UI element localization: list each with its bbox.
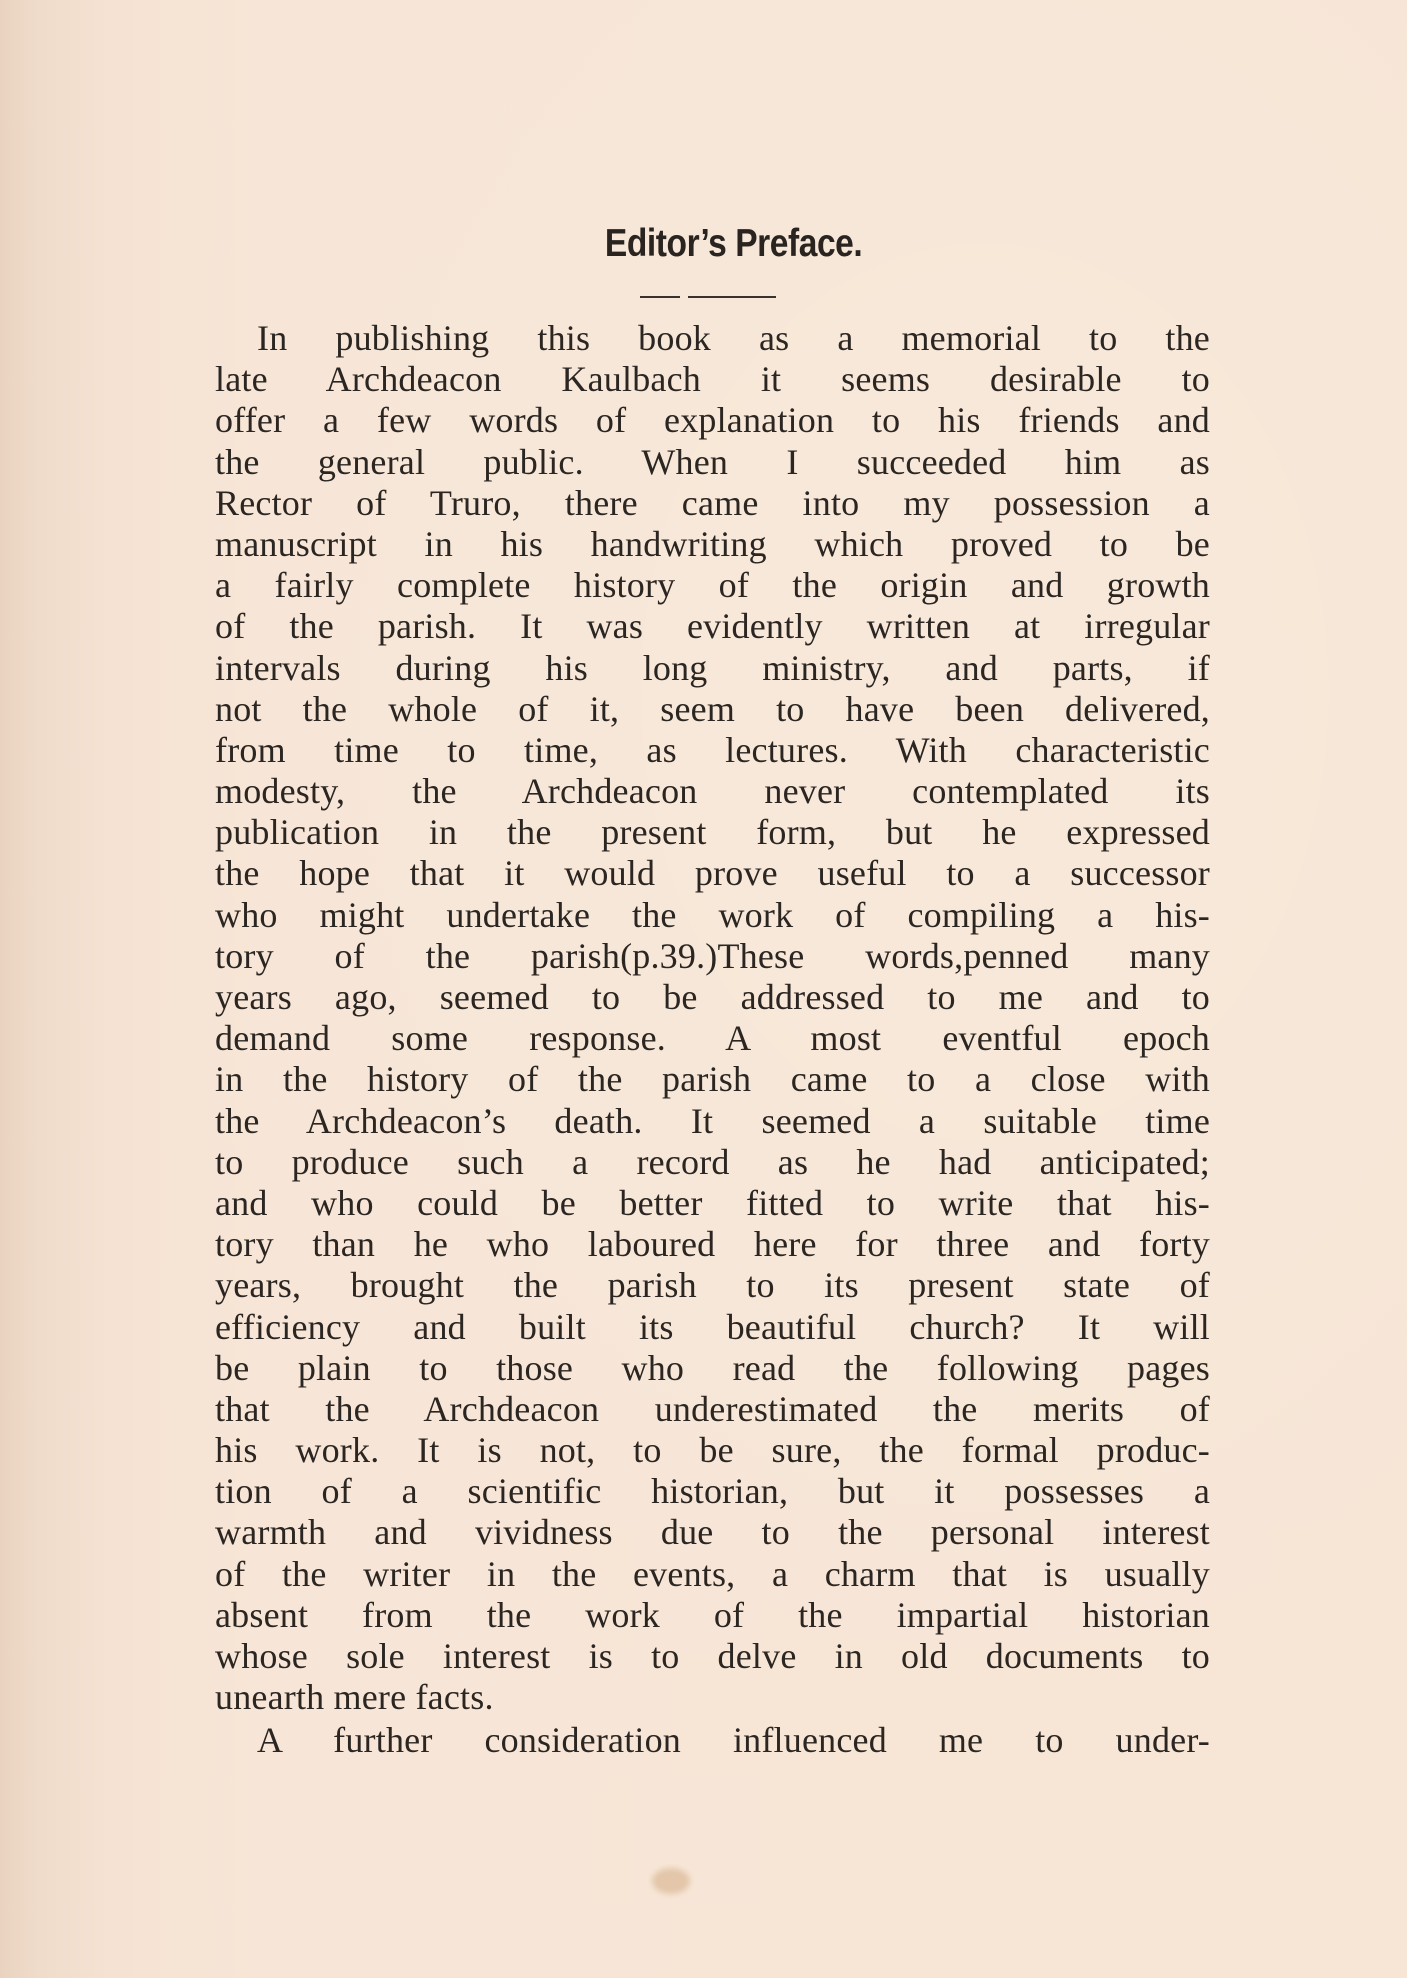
page-title: Editor’s Preface. xyxy=(98,222,1308,266)
text-line: years ago, seemed to be addressed to me … xyxy=(215,977,1210,1018)
book-page: Editor’s Preface. In publishing this boo… xyxy=(0,0,1407,1978)
text-line: demand some response. A most eventful ep… xyxy=(215,1018,1210,1059)
text-line: be plain to those who read the following… xyxy=(215,1348,1210,1389)
paper-stain xyxy=(652,1868,690,1894)
text-line: the hope that it would prove useful to a… xyxy=(215,853,1210,894)
text-line: warmth and vividness due to the personal… xyxy=(215,1512,1210,1553)
text-line: not the whole of it, seem to have been d… xyxy=(215,689,1210,730)
text-line: that the Archdeacon underestimated the m… xyxy=(215,1389,1210,1430)
text-line: who might undertake the work of compilin… xyxy=(215,895,1210,936)
text-line: whose sole interest is to delve in old d… xyxy=(215,1636,1210,1677)
text-line: absent from the work of the impartial hi… xyxy=(215,1595,1210,1636)
text-line: tory of the parish(p.39.)These words,pen… xyxy=(215,936,1210,977)
text-line: late Archdeacon Kaulbach it seems desira… xyxy=(215,359,1210,400)
text-line: tory than he who laboured here for three… xyxy=(215,1224,1210,1265)
text-line: to produce such a record as he had antic… xyxy=(215,1142,1210,1183)
text-line: publication in the present form, but he … xyxy=(215,812,1210,853)
text-line: unearth mere facts. xyxy=(215,1677,1210,1718)
text-line: the Archdeacon’s death. It seemed a suit… xyxy=(215,1101,1210,1142)
text-line: intervals during his long ministry, and … xyxy=(215,648,1210,689)
text-line: the general public. When I succeeded him… xyxy=(215,442,1210,483)
paragraph-1: In publishing this book as a memorial to… xyxy=(215,318,1210,1718)
text-line: of the writer in the events, a charm tha… xyxy=(215,1554,1210,1595)
text-line: Rector of Truro, there came into my poss… xyxy=(215,483,1210,524)
title-divider-left xyxy=(640,296,680,298)
text-line: from time to time, as lectures. With cha… xyxy=(215,730,1210,771)
text-line: modesty, the Archdeacon never contemplat… xyxy=(215,771,1210,812)
text-line: in the history of the parish came to a c… xyxy=(215,1059,1210,1100)
paragraph-2: A further consideration influenced me to… xyxy=(215,1720,1210,1761)
text-line: of the parish. It was evidently written … xyxy=(215,606,1210,647)
text-line: In publishing this book as a memorial to… xyxy=(215,318,1210,359)
text-line: efficiency and built its beautiful churc… xyxy=(215,1307,1210,1348)
text-line: offer a few words of explanation to his … xyxy=(215,400,1210,441)
text-line: tion of a scientific historian, but it p… xyxy=(215,1471,1210,1512)
text-line: manuscript in his handwriting which prov… xyxy=(215,524,1210,565)
text-line: a fairly complete history of the origin … xyxy=(215,565,1210,606)
text-line: and who could be better fitted to write … xyxy=(215,1183,1210,1224)
text-line: his work. It is not, to be sure, the for… xyxy=(215,1430,1210,1471)
text-line: years, brought the parish to its present… xyxy=(215,1265,1210,1306)
body-text: In publishing this book as a memorial to… xyxy=(215,318,1210,1762)
text-line: A further consideration influenced me to… xyxy=(215,1720,1210,1761)
title-divider-right xyxy=(688,296,776,298)
